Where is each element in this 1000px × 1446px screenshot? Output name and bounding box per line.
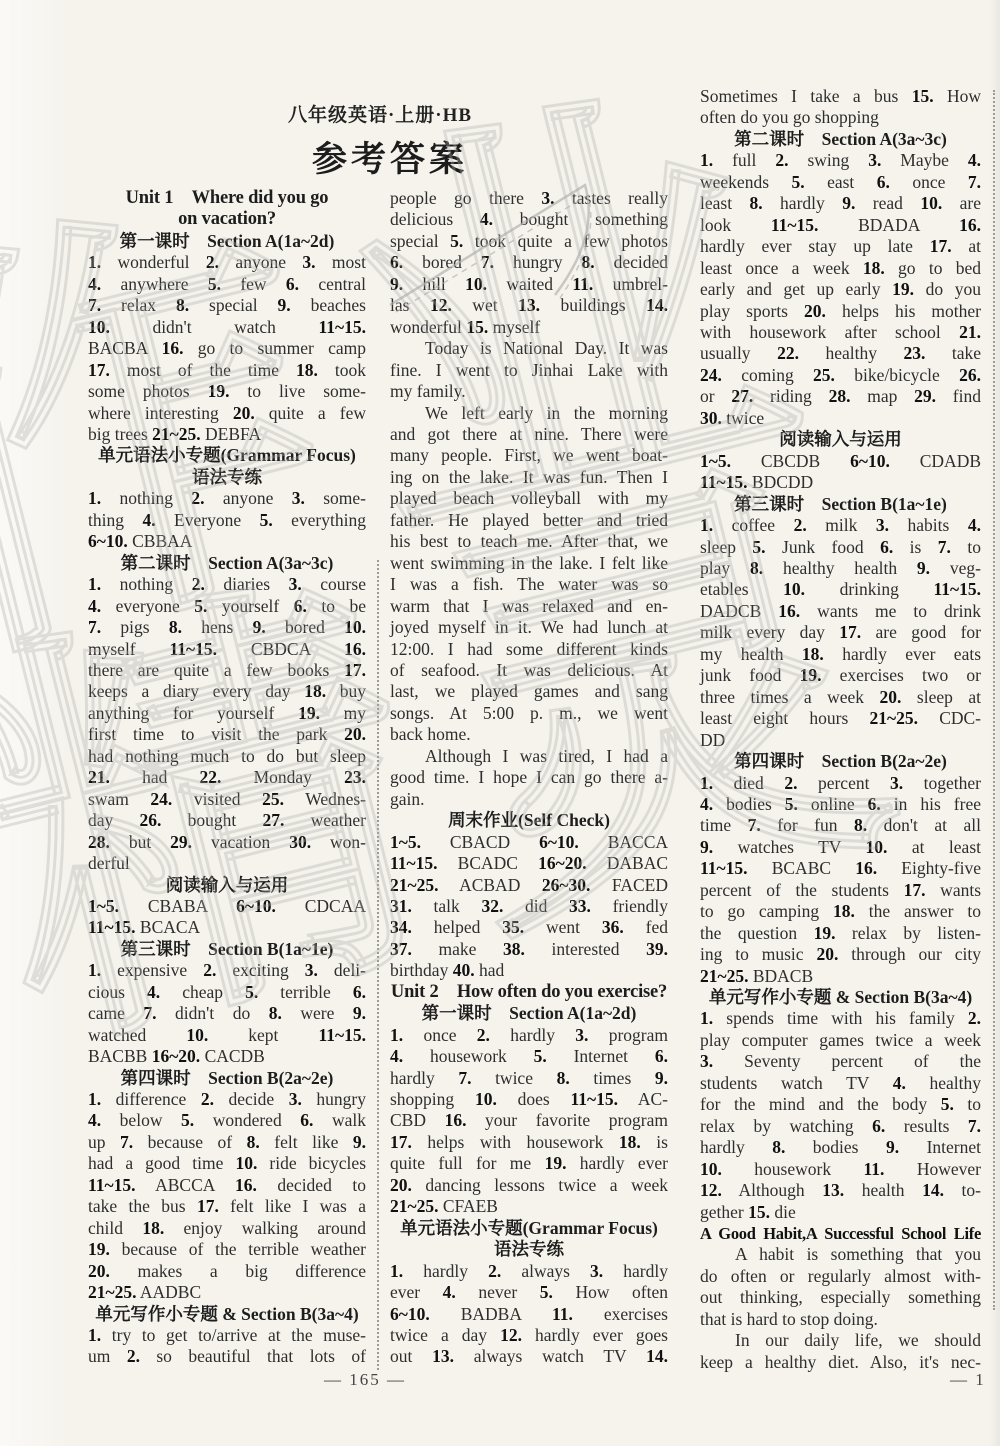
text-line: A Good Habit,A Successful School Life	[700, 1223, 981, 1244]
text-line: and got there at nine. There were	[390, 424, 668, 445]
text-line: went swimming in the lake. I felt like	[390, 553, 668, 574]
answers-block: 1. spends time with his family 2.play co…	[700, 1008, 981, 1223]
answers-block: people go there 3. tastes reallydeliciou…	[390, 188, 668, 338]
text-line: 11~15. BCADC 16~20. DABAC	[390, 853, 668, 874]
text-line: 1. nothing 2. diaries 3. course	[88, 574, 366, 595]
answers-block: 1. hardly 2. always 3. hardlyever 4. nev…	[390, 1261, 668, 1368]
text-line: play computer games twice a week	[700, 1030, 981, 1051]
text-line: out thinking, especially something	[700, 1287, 981, 1308]
page-title: 参考答案	[240, 132, 540, 182]
text-line: junk food 19. exercises two or	[700, 665, 981, 686]
answers-block: 1. full 2. swing 3. Maybe 4.weekends 5. …	[700, 150, 981, 429]
para-block: A habit is something that youdo often or…	[700, 1244, 981, 1330]
text-line: 单元写作小专题 & Section B(3a~4)	[700, 987, 981, 1008]
text-line: 19. because of the terrible weather	[88, 1239, 366, 1260]
text-line: Today is National Day. It was	[390, 338, 668, 359]
page-number: — 165 —	[280, 1370, 450, 1390]
text-line: 周末作业(Self Check)	[390, 810, 668, 831]
text-line: 4. below 5. wondered 6. walk	[88, 1110, 366, 1131]
text-line: last, we played games and sang	[390, 681, 668, 702]
answers-block: 1. coffee 2. milk 3. habits 4.sleep 5. J…	[700, 515, 981, 751]
text-line: 4. bodies 5. online 6. in his free	[700, 794, 981, 815]
text-line: keep a healthy diet. Also, it's nec-	[700, 1352, 981, 1373]
answers-block: 1. nothing 2. diaries 3. course4. everyo…	[88, 574, 366, 874]
text-line: Unit 2 How often do you exercise?	[390, 982, 668, 1003]
lesson-block: 第一课时 Section A(1a~2d)	[88, 231, 366, 252]
text-line: big trees 21~25. DEBFA	[88, 424, 366, 445]
text-line: 9. watches TV 10. at least	[700, 837, 981, 858]
cjk-block: 阅读输入与运用	[88, 875, 366, 896]
text-line: 10. housework 11. However	[700, 1159, 981, 1180]
text-line: 1~5. CBCDB 6~10. CDADB	[700, 451, 981, 472]
text-line: 4. housework 5. Internet 6.	[390, 1046, 668, 1067]
text-line: 10. didn't watch 11~15.	[88, 317, 366, 338]
text-line: many people. First, we went boat-	[390, 445, 668, 466]
text-line: 1. spends time with his family 2.	[700, 1008, 981, 1029]
page-divider-dotted	[993, 90, 995, 1310]
text-line: 17. helps with housework 18. is	[390, 1132, 668, 1153]
text-line: good time. I hope I can go there a-	[390, 767, 668, 788]
text-line: 7. relax 8. special 9. beaches	[88, 295, 366, 316]
text-line: his best to teach me. After that, we	[390, 531, 668, 552]
lesson-block: 第二课时 Section A(3a~3c)	[88, 553, 366, 574]
text-line: 12:00. I had some different kinds	[390, 639, 668, 660]
answers-block: 1~5. CBABA 6~10. CDCAA11~15. BCACA	[88, 896, 366, 939]
text-line: 阅读输入与运用	[700, 429, 981, 450]
text-line: birthday 40. had	[390, 960, 668, 981]
answers-block: 1. nothing 2. anyone 3. some-thing 4. Ev…	[88, 488, 366, 552]
answers-block: Sometimes I take a bus 15. Howoften do y…	[700, 86, 981, 129]
text-line: 第三课时 Section B(1a~1e)	[88, 939, 366, 960]
text-line: 第二课时 Section A(3a~3c)	[88, 553, 366, 574]
cjk-block: 单元写作小专题 & Section B(3a~4)	[88, 1304, 366, 1325]
text-line: gether 15. die	[700, 1202, 981, 1223]
next-page-number-partial: — 1	[950, 1370, 1000, 1390]
text-line: the question 19. relax by listen-	[700, 923, 981, 944]
answers-block: 1. wonderful 2. anyone 3. most4. anywher…	[88, 252, 366, 445]
para-block: Today is National Day. It wasfine. I wen…	[390, 338, 668, 402]
text-line: warm that I was relaxed and en-	[390, 596, 668, 617]
text-line: 11~15. BCACA	[88, 917, 366, 938]
text-line: ever 4. never 5. How often	[390, 1282, 668, 1303]
text-line: 30. twice	[700, 408, 981, 429]
answers-block: 1. once 2. hardly 3. program4. housework…	[390, 1025, 668, 1218]
text-line: fine. I went to Jinhai Lake with	[390, 360, 668, 381]
text-line: myself 11~15. CBDCA 16.	[88, 639, 366, 660]
text-line: DADCB 16. wants me to drink	[700, 601, 981, 622]
text-line: 6~10. CBBAA	[88, 531, 366, 552]
text-line: We left early in the morning	[390, 403, 668, 424]
text-line: take the bus 17. felt like I was a	[88, 1196, 366, 1217]
text-line: play 8. healthy health 9. veg-	[700, 558, 981, 579]
text-line: back home.	[390, 724, 668, 745]
text-line: I was a fish. The water was so	[390, 574, 668, 595]
lesson-block: 第四课时 Section B(2a~2e)	[88, 1068, 366, 1089]
unit-block: Unit 1 Where did you goon vacation?	[88, 188, 366, 231]
text-line: 20. makes a big difference	[88, 1261, 366, 1282]
text-line: 1~5. CBACD 6~10. BACCA	[390, 832, 668, 853]
text-line: had a good time 10. ride bicycles	[88, 1153, 366, 1174]
lesson-block: 第二课时 Section A(3a~3c)	[700, 129, 981, 150]
text-line: 4. everyone 5. yourself 6. to be	[88, 596, 366, 617]
text-line: 11~15. BDCDD	[700, 472, 981, 493]
text-line: or 27. riding 28. map 29. find	[700, 386, 981, 407]
text-line: played beach volleyball with my	[390, 488, 668, 509]
text-line: for the mind and the body 5. to	[700, 1094, 981, 1115]
answers-block: 1. difference 2. decide 3. hungry4. belo…	[88, 1089, 366, 1304]
text-line: 11~15. BCABC 16. Eighty-five	[700, 858, 981, 879]
text-line: 9. hill 10. waited 11. umbrel-	[390, 274, 668, 295]
text-line: 1. coffee 2. milk 3. habits 4.	[700, 515, 981, 536]
text-line: keeps a diary every day 18. buy	[88, 681, 366, 702]
text-line: with housework after school 21.	[700, 322, 981, 343]
text-line: hardly ever stay up late 17. at	[700, 236, 981, 257]
text-line: shopping 10. does 11~15. AC-	[390, 1089, 668, 1110]
answers-block: 1. died 2. percent 3. together4. bodies …	[700, 773, 981, 988]
text-line: usually 22. healthy 23. take	[700, 343, 981, 364]
text-line: thing 4. Everyone 5. everything	[88, 510, 366, 531]
text-line: least 8. hardly 9. read 10. are	[700, 193, 981, 214]
text-line: joyed myself in it. We had lunch at	[390, 617, 668, 638]
page-edge	[990, 0, 1000, 1446]
cjk-block: 语法专练	[390, 1239, 668, 1260]
text-line: 1. once 2. hardly 3. program	[390, 1025, 668, 1046]
cjk-block: 单元写作小专题 & Section B(3a~4)	[700, 987, 981, 1008]
title-en-block: A Good Habit,A Successful School Life	[700, 1223, 981, 1244]
text-line: songs. At 5:00 p. m., we went	[390, 703, 668, 724]
text-line: 第一课时 Section A(1a~2d)	[390, 1003, 668, 1024]
text-line: 34. helped 35. went 36. fed	[390, 917, 668, 938]
text-line: 第四课时 Section B(2a~2e)	[700, 751, 981, 772]
text-line: BACBB 16~20. CACDB	[88, 1046, 366, 1067]
text-line: Unit 1 Where did you go	[88, 188, 366, 209]
text-line: 28. but 29. vacation 30. won-	[88, 832, 366, 853]
text-line: 单元写作小专题 & Section B(3a~4)	[88, 1304, 366, 1325]
text-line: 17. most of the time 18. took	[88, 360, 366, 381]
text-line: where interesting 20. quite a few	[88, 403, 366, 424]
text-line: twice a day 12. hardly ever goes	[390, 1325, 668, 1346]
cjk-block: 单元语法小专题(Grammar Focus)	[390, 1218, 668, 1239]
text-line: um 2. so beautiful that lots of	[88, 1346, 366, 1367]
text-line: percent of the students 17. wants	[700, 880, 981, 901]
text-line: 1. hardly 2. always 3. hardly	[390, 1261, 668, 1282]
cjk-block: 单元语法小专题(Grammar Focus)	[88, 445, 366, 466]
text-line: 单元语法小专题(Grammar Focus)	[390, 1218, 668, 1239]
text-line: there are quite a few books 17.	[88, 660, 366, 681]
text-line: three times a week 20. sleep at	[700, 687, 981, 708]
text-line: watched 10. kept 11~15.	[88, 1025, 366, 1046]
text-line: that is hard to stop doing.	[700, 1309, 981, 1330]
text-line: 37. make 38. interested 39.	[390, 939, 668, 960]
text-line: hardly 7. twice 8. times 9.	[390, 1068, 668, 1089]
text-line: BACBA 16. go to summer camp	[88, 338, 366, 359]
lesson-block: 第三课时 Section B(1a~1e)	[88, 939, 366, 960]
text-line: early and get up early 19. do you	[700, 279, 981, 300]
text-line: 1. full 2. swing 3. Maybe 4.	[700, 150, 981, 171]
lesson-block: 第一课时 Section A(1a~2d)	[390, 1003, 668, 1024]
text-line: 11~15. ABCCA 16. decided to	[88, 1175, 366, 1196]
text-line: 1. nothing 2. anyone 3. some-	[88, 488, 366, 509]
text-line: least once a week 18. go to bed	[700, 258, 981, 279]
text-line: students watch TV 4. healthy	[700, 1073, 981, 1094]
text-line: 4. anywhere 5. few 6. central	[88, 274, 366, 295]
text-line: gain.	[390, 789, 668, 810]
column-divider-dotted	[377, 560, 379, 1370]
text-line: up 7. because of 8. felt like 9.	[88, 1132, 366, 1153]
text-line: out 13. always watch TV 14.	[390, 1346, 668, 1367]
text-line: Sometimes I take a bus 15. How	[700, 86, 981, 107]
text-line: day 26. bought 27. weather	[88, 810, 366, 831]
text-line: 阅读输入与运用	[88, 875, 366, 896]
text-line: my health 18. hardly ever eats	[700, 644, 981, 665]
text-line: 20. dancing lessons twice a week	[390, 1175, 668, 1196]
text-line: hardly 8. bodies 9. Internet	[700, 1137, 981, 1158]
para-block: In our daily life, we shouldkeep a healt…	[700, 1330, 981, 1373]
text-line: derful	[88, 853, 366, 874]
text-line: to go camping 18. the answer to	[700, 901, 981, 922]
text-line: time 7. for fun 8. don't at all	[700, 815, 981, 836]
cjk-block: 周末作业(Self Check)	[390, 810, 668, 831]
text-line: sleep 5. Junk food 6. is 7. to	[700, 537, 981, 558]
text-line: play sports 20. helps his mother	[700, 301, 981, 322]
text-line: 1. difference 2. decide 3. hungry	[88, 1089, 366, 1110]
text-line: least eight hours 21~25. CDC-	[700, 708, 981, 729]
text-line: father. He played better and tried	[390, 510, 668, 531]
text-line: my family.	[390, 381, 668, 402]
text-line: came 7. didn't do 8. were 9.	[88, 1003, 366, 1024]
text-line: some photos 19. to live some-	[88, 381, 366, 402]
text-line: ing to music 20. through our city	[700, 944, 981, 965]
text-line: 第三课时 Section B(1a~1e)	[700, 494, 981, 515]
page-left-margin	[0, 0, 70, 1446]
text-line: child 18. enjoy walking around	[88, 1218, 366, 1239]
text-line: on vacation?	[88, 209, 366, 230]
text-line: cious 4. cheap 5. terrible 6.	[88, 982, 366, 1003]
text-line: 1. expensive 2. exciting 3. deli-	[88, 960, 366, 981]
text-line: had nothing much to do but sleep	[88, 746, 366, 767]
text-line: look 11~15. BDADA 16.	[700, 215, 981, 236]
text-line: DD	[700, 730, 981, 751]
text-line: swam 24. visited 25. Wednes-	[88, 789, 366, 810]
text-line: 21~25. AADBC	[88, 1282, 366, 1303]
text-line: 单元语法小专题(Grammar Focus)	[88, 445, 366, 466]
answer-column-middle: people go there 3. tastes reallydeliciou…	[390, 188, 668, 1368]
text-line: 3. Seventy percent of the	[700, 1051, 981, 1072]
answers-block: 1~5. CBCDB 6~10. CDADB11~15. BDCDD	[700, 451, 981, 494]
text-line: 1. try to get to/arrive at the muse-	[88, 1325, 366, 1346]
text-line: 21. had 22. Monday 23.	[88, 767, 366, 788]
answers-block: 1~5. CBACD 6~10. BACCA11~15. BCADC 16~20…	[390, 832, 668, 982]
text-line: 第一课时 Section A(1a~2d)	[88, 231, 366, 252]
cjk-block: 阅读输入与运用	[700, 429, 981, 450]
text-line: anything for yourself 19. my	[88, 703, 366, 724]
book-header: 八年级英语·上册·HB	[230, 100, 530, 127]
text-line: 7. pigs 8. hens 9. bored 10.	[88, 617, 366, 638]
text-line: special 5. took quite a few photos	[390, 231, 668, 252]
text-line: milk every day 17. are good for	[700, 622, 981, 643]
text-line: relax by watching 6. results 7.	[700, 1116, 981, 1137]
text-line: 21~25. BDACB	[700, 966, 981, 987]
text-line: In our daily life, we should	[700, 1330, 981, 1351]
text-line: people go there 3. tastes really	[390, 188, 668, 209]
lesson-block: 第三课时 Section B(1a~1e)	[700, 494, 981, 515]
text-line: 第四课时 Section B(2a~2e)	[88, 1068, 366, 1089]
text-line: often do you go shopping	[700, 107, 981, 128]
answers-block: 1. try to get to/arrive at the muse-um 2…	[88, 1325, 366, 1368]
text-line: 31. talk 32. did 33. friendly	[390, 896, 668, 917]
answer-column-left: Unit 1 Where did you goon vacation?第一课时 …	[88, 188, 366, 1368]
lesson-block: 第四课时 Section B(2a~2e)	[700, 751, 981, 772]
unit-block: Unit 2 How often do you exercise?	[390, 982, 668, 1003]
text-line: las 12. wet 13. buildings 14.	[390, 295, 668, 316]
text-line: 21~25. CFAEB	[390, 1196, 668, 1217]
text-line: 语法专练	[88, 467, 366, 488]
text-line: 1. wonderful 2. anyone 3. most	[88, 252, 366, 273]
text-line: of seafood. It was delicious. At	[390, 660, 668, 681]
text-line: 语法专练	[390, 1239, 668, 1260]
text-line: 6~10. BADBA 11. exercises	[390, 1304, 668, 1325]
text-line: first time to visit the park 20.	[88, 724, 366, 745]
text-line: 1. died 2. percent 3. together	[700, 773, 981, 794]
text-line: 21~25. ACBAD 26~30. FACED	[390, 875, 668, 896]
text-line: ing on the lake. It was fun. Then I	[390, 467, 668, 488]
text-line: wonderful 15. myself	[390, 317, 668, 338]
text-line: 24. coming 25. bike/bicycle 26.	[700, 365, 981, 386]
text-line: 6. bored 7. hungry 8. decided	[390, 252, 668, 273]
text-line: do often or regularly almost with-	[700, 1266, 981, 1287]
text-line: 12. Although 13. health 14. to-	[700, 1180, 981, 1201]
text-line: Although I was tired, I had a	[390, 746, 668, 767]
text-line: weekends 5. east 6. once 7.	[700, 172, 981, 193]
text-line: CBD 16. your favorite program	[390, 1110, 668, 1131]
cjk-block: 语法专练	[88, 467, 366, 488]
text-line: etables 10. drinking 11~15.	[700, 579, 981, 600]
text-line: 1~5. CBABA 6~10. CDCAA	[88, 896, 366, 917]
text-line: A habit is something that you	[700, 1244, 981, 1265]
para-block: We left early in the morningand got ther…	[390, 403, 668, 746]
answer-column-right: Sometimes I take a bus 15. Howoften do y…	[700, 86, 981, 1373]
text-line: quite full for me 19. hardly ever	[390, 1153, 668, 1174]
answers-block: 1. expensive 2. exciting 3. deli-cious 4…	[88, 960, 366, 1067]
text-line: 第二课时 Section A(3a~3c)	[700, 129, 981, 150]
para-block: Although I was tired, I had agood time. …	[390, 746, 668, 810]
text-line: delicious 4. bought something	[390, 209, 668, 230]
